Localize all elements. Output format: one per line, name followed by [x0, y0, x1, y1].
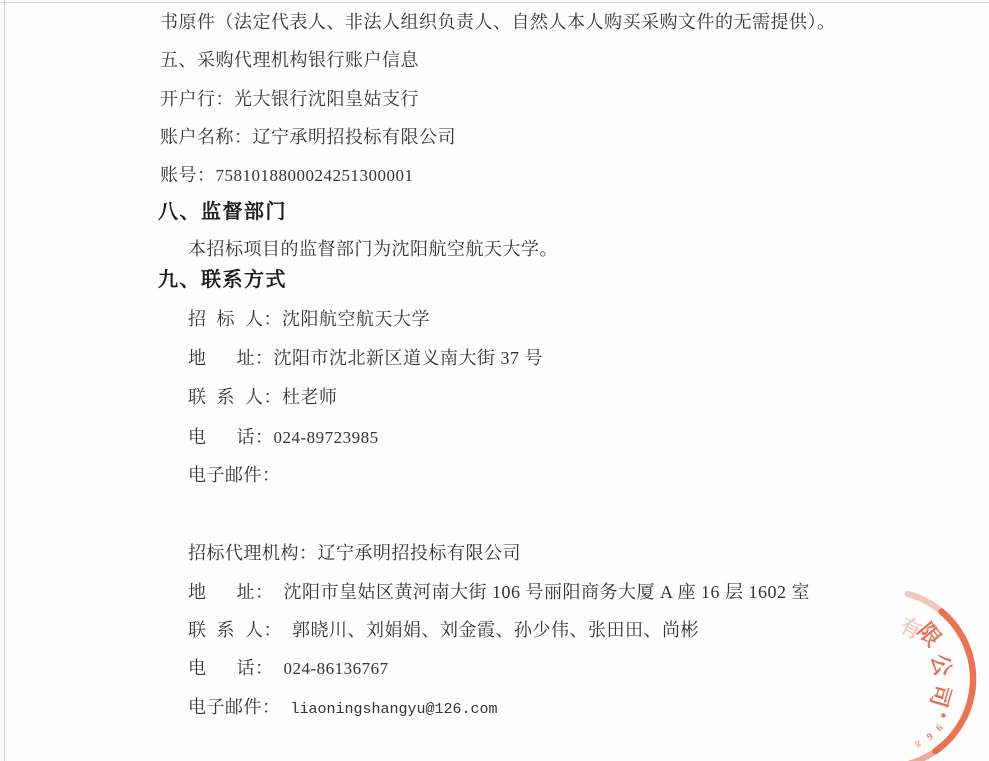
agency-email-label: 电子邮件： — [188, 697, 281, 717]
purchaser-name-label: 招 标 人： — [188, 309, 282, 329]
agency-phone-label: 电 话： — [188, 658, 274, 678]
bank-branch-label: 开户行： — [160, 89, 234, 109]
agency-person-label: 联 系 人： — [188, 620, 282, 640]
seal-char-xian: 限 — [913, 618, 946, 651]
seal-digit-9: 9 — [933, 722, 945, 733]
purchaser-email-label: 电子邮件： — [188, 465, 281, 485]
supervision-body-text: 本招标项目的监督部门为沈阳航空航天大学。 — [188, 239, 558, 261]
agency-phone-value: 024-86136767 — [274, 659, 389, 678]
purchaser-name-value: 沈阳航空航天大学 — [282, 309, 430, 329]
purchaser-phone-value: 024-89723985 — [274, 428, 379, 447]
purchaser-person-line: 联 系 人：杜老师 — [188, 387, 338, 409]
agency-address-value: 沈阳市皇姑区黄河南大街 106 号丽阳商务大厦 A 座 16 层 1602 室 — [274, 582, 811, 602]
company-seal-stamp: 有 限 公 司 8 6 9 — [780, 555, 989, 761]
account-number-line: 账号：7581018800024251300001 — [160, 165, 414, 187]
intro-continuation-text: 书原件（法定代表人、非法人组织负责人、自然人本人购买采购文件的无需提供）。 — [160, 12, 836, 34]
section-5-bank-title: 五、采购代理机构银行账户信息 — [160, 50, 419, 72]
page-top-border — [0, 2, 989, 3]
purchaser-email-line: 电子邮件： — [188, 465, 281, 487]
agency-address-line: 地 址：沈阳市皇姑区黄河南大街 106 号丽阳商务大厦 A 座 16 层 160… — [188, 582, 810, 604]
seal-digit-6: 6 — [924, 730, 935, 742]
agency-phone-line: 电 话：024-86136767 — [188, 658, 389, 680]
agency-person-line: 联 系 人：郭晓川、刘娟娟、刘金霞、孙少伟、张田田、尚彬 — [188, 620, 699, 642]
seal-ring-arc-bottom — [900, 751, 935, 761]
purchaser-name-line: 招 标 人：沈阳航空航天大学 — [188, 309, 430, 331]
seal-char-you: 有 — [896, 613, 926, 644]
account-name-line: 账户名称：辽宁承明招投标有限公司 — [160, 127, 456, 149]
seal-char-gong: 公 — [927, 651, 957, 679]
seal-digit-8: 8 — [913, 737, 922, 749]
seal-star-dot — [941, 713, 945, 717]
purchaser-person-value: 杜老师 — [282, 387, 338, 407]
purchaser-address-label: 地 址： — [188, 348, 274, 368]
bank-branch-value: 光大银行沈阳皇姑支行 — [234, 89, 419, 109]
agency-name-label: 招标代理机构： — [188, 543, 318, 563]
seal-ring-arc-top — [908, 594, 942, 612]
purchaser-address-line: 地 址：沈阳市沈北新区道义南大街 37 号 — [188, 348, 543, 370]
section-8-supervision-title: 八、监督部门 — [158, 200, 287, 224]
agency-person-value: 郭晓川、刘娟娟、刘金霞、孙少伟、张田田、尚彬 — [282, 620, 699, 640]
account-name-label: 账户名称： — [160, 127, 253, 147]
purchaser-address-value: 沈阳市沈北新区道义南大街 37 号 — [274, 348, 544, 368]
bank-branch-line: 开户行：光大银行沈阳皇姑支行 — [160, 89, 419, 111]
agency-email-line: 电子邮件：liaoningshangyu@126.com — [188, 697, 498, 719]
purchaser-phone-label: 电 话： — [188, 427, 274, 447]
page-left-border — [4, 0, 5, 761]
purchaser-phone-line: 电 话：024-89723985 — [188, 427, 379, 449]
agency-name-value: 辽宁承明招投标有限公司 — [318, 543, 522, 563]
seal-ring-arc-main — [936, 612, 974, 752]
account-name-value: 辽宁承明招投标有限公司 — [253, 127, 457, 147]
document-page: 书原件（法定代表人、非法人组织负责人、自然人本人购买采购文件的无需提供）。 五、… — [0, 0, 989, 761]
agency-address-label: 地 址： — [188, 582, 274, 602]
purchaser-person-label: 联 系 人： — [188, 387, 282, 407]
agency-email-value: liaoningshangyu@126.com — [281, 701, 498, 718]
seal-char-si: 司 — [926, 682, 956, 710]
account-number-value: 7581018800024251300001 — [216, 166, 414, 185]
account-number-label: 账号： — [160, 165, 216, 185]
section-9-contact-title: 九、联系方式 — [158, 268, 287, 292]
agency-name-line: 招标代理机构：辽宁承明招投标有限公司 — [188, 543, 521, 565]
